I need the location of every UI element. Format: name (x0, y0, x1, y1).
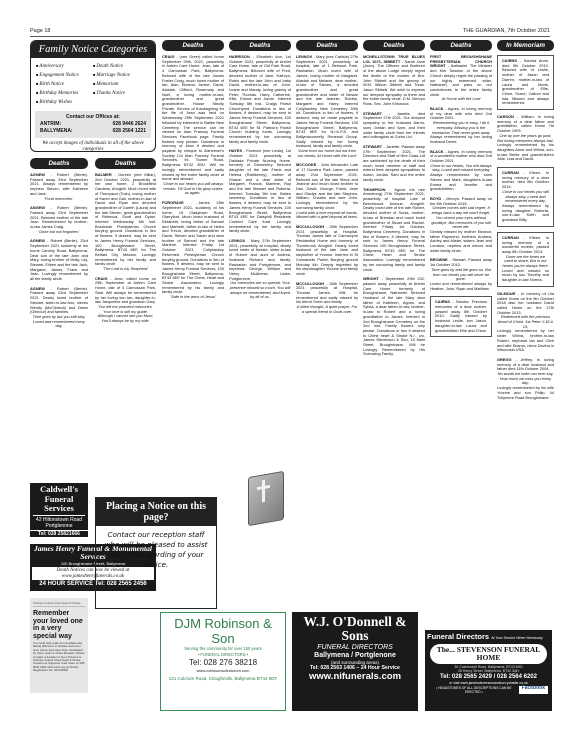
notice-text: - Elizabeth Ann, 1st October 2021, peace… (229, 54, 291, 144)
ad-caldwells-funeral[interactable]: Caldwell's Funeral Services 42 Hiltonsto… (30, 483, 88, 537)
notice-verse: Redeemed with the precious blood of Chri… (497, 315, 554, 329)
notice-text: - Robert (Bertie). Passed away 23rd Sept… (30, 286, 88, 315)
notice-text: - 28th September 2021 peacefully at Hosp… (296, 224, 358, 276)
column-5: Deaths LENNOX - Mary (nee Carlisle) 27th… (296, 40, 358, 600)
notice-verse: 'Close to our hearts you will always rem… (162, 182, 224, 196)
notice: CARSON - William. In loving memory of a … (497, 115, 554, 162)
notice: CAIRNS - Sandra Anne, died 5th October 2… (497, 55, 554, 110)
notice-text: - James 28th September 2021, suddenly at… (162, 200, 224, 294)
notice: CRAIG - Jean, called home on 29th Septem… (95, 277, 156, 324)
notice: GREGG - Jeffrey. In loving memory of a d… (497, 358, 554, 400)
notice: ANGEW - Robert (Bertie). Passed away 23r… (30, 206, 88, 234)
notice-text: - Mary, 27th September 2021, peacefully … (229, 238, 291, 281)
category-item: Death Notice (93, 62, 150, 71)
notice-verse: 'Gone but not forgotten.' (30, 230, 88, 235)
family-notice-categories: Family Notice Categories AnniversaryDeat… (30, 40, 156, 152)
section-deaths: Deaths (430, 40, 492, 51)
column-4: Deaths HARRISON - Elizabeth Ann, 1st Oct… (229, 40, 291, 490)
notice: FORGRAVE - James 28th September 2021, su… (162, 201, 224, 300)
category-item: Birthday Memories (36, 89, 93, 98)
contact-offices: Contact our Offices at: ANTRIM:028 9446 … (35, 111, 151, 138)
column-3: Deaths CRAIG - (nee Greer) called home S… (162, 40, 224, 490)
notice-verse: You left me peaceful memories, Your love… (95, 305, 156, 324)
categories-note: We accept images of individuals in all o… (31, 138, 155, 152)
notice: CURRAN - Eileen. In loving memory of a d… (497, 167, 554, 227)
page-number: Page 18 (30, 28, 51, 36)
categories-title: Family Notice Categories (31, 41, 155, 58)
section-deaths: Deaths (95, 158, 156, 169)
notice-text: - Doreen (nee Millar), 2nd October 2021,… (95, 172, 156, 266)
notice: AGNEW - Robert (Bertie), 23rd September … (30, 239, 88, 281)
section-deaths: Deaths (30, 158, 88, 169)
notice: CURRAN - Eileen. In loving memory of a w… (497, 232, 554, 287)
notice: FIRST BROUGHSHANE PRESBYTERIAN CHURCH WR… (430, 55, 492, 102)
notice-signoff: Greatly missed by mother Eleanor, father… (430, 229, 492, 253)
contact-title: Contact our Offices at: (40, 114, 146, 121)
notice: BALMER - Doreen (nee Millar), 2nd Octobe… (95, 173, 156, 272)
section-deaths: Deaths (363, 40, 425, 51)
notice: HARRISON - Elizabeth Ann, 1st October 20… (229, 55, 291, 144)
bible-icon (238, 470, 286, 525)
notice: MCNEILLSTOWN TRUE BLUES LOL 1071. SIBBET… (363, 55, 425, 107)
notice-signoff: Loved and remembered always by Heather, … (430, 281, 492, 291)
notice-verse: 'The Lord is my Shepherd' (95, 267, 156, 272)
ad-wj-odonnell[interactable]: W.J. O'Donnell & Sons FUNERAL DIRECTORS … (292, 612, 418, 711)
notice-signoff: Lovingly remembered by his daughters Ann… (497, 142, 554, 161)
office-antrim: ANTRIM:028 9446 2624 (40, 121, 146, 128)
notice-verse: Close to our hearts you will always stay… (502, 190, 549, 204)
column-8: In Memoriam CAIRNS - Sandra Anne, died 5… (497, 40, 554, 625)
notice: BLACK - Agnes, In loving memory of a won… (430, 150, 492, 192)
notice-verse: October comes with sad regret, It brings… (430, 206, 492, 230)
notice-verse: Remembering you is easy, I do it everyda… (430, 121, 492, 135)
notice-text: - John Alexander. Late of 17 Dunelra Par… (296, 162, 358, 209)
page-header: Page 18 THE GUARDIAN, 7th October 2021 (30, 28, 550, 37)
section-deaths: Deaths (162, 40, 224, 51)
notice-signoff: Always remembered by sons Steven and Mar… (430, 172, 492, 191)
notice: BROWNE - Stewart. Passed away 1st Octobe… (430, 258, 492, 291)
ad-placing-notice: Placing a Notice on this page? Contact o… (95, 497, 217, 609)
notice-verse: 'Fond memories'. (30, 197, 88, 202)
category-item: Memoriam (93, 80, 150, 89)
notice: STEWART - Janette, died September 27th 2… (363, 112, 425, 140)
notice: MCCOOKE - John Alexander. Late of 17 Dun… (296, 163, 358, 219)
office-ballymena: BALLYMENA:028 2564 1221 (40, 128, 146, 135)
notice-verse: No words we write can ever say, How much… (497, 372, 554, 386)
notice: CRAIG - (nee Greer) called home Septembe… (162, 55, 224, 196)
column-6: Deaths MCNEILLSTOWN TRUE BLUES LOL 1071.… (363, 40, 425, 605)
notice-signoff: Always remembered by loving daughter Rob… (502, 203, 549, 222)
notice-text: - Janette. Passed away 27th September 20… (363, 144, 425, 182)
section-in-memoriam: In Memoriam (497, 40, 554, 51)
ad-stevenson-funeral-home[interactable]: Funeral Directors At Your Service When N… (425, 630, 552, 711)
notice: BLACK - Agnes, In loving memory of my de… (430, 107, 492, 145)
notice-verse: 'Safe in the arms of Jesus' (162, 295, 224, 300)
notice: LENNOX - Mary (nee Carlisle) 27th Septem… (296, 55, 358, 158)
column-1: Deaths AGNEW - Robert (Bertie). Passed a… (30, 158, 88, 478)
notice: MCCULLOUGH - 28th September 2021 peacefu… (296, 225, 358, 277)
notice-verse: 'Gone from our home but not from our hea… (296, 149, 358, 158)
facebook-icon[interactable]: Facebook (519, 686, 548, 694)
category-item: Engagement Notice (36, 71, 93, 80)
notice: BOYD - Mervyn. Passed away on the 8th Oc… (430, 197, 492, 253)
notice-text: - September 29th 202, passed away peacef… (363, 276, 425, 356)
section-deaths: Deaths (229, 40, 291, 51)
notice-text: - Agnes Iris nee Armstrong) 27th Septemb… (363, 187, 425, 272)
notice-text: - Mary (nee Carlisle) 27th September 202… (296, 54, 358, 148)
notice: HAYES - Florence (nee Lewis), 1st Octobe… (229, 149, 291, 234)
notice-text: - Janette, died September 27th 2021. Our… (363, 111, 425, 140)
notice: LENNOX - Mary, 27th September 2021, peac… (229, 239, 291, 300)
notice-signoff: Lovingly remembered by his wife Yvonne a… (497, 385, 554, 399)
category-item: Thanks Notice (93, 89, 150, 98)
notice: STEWART - Janette. Passed away 27th Sept… (363, 145, 425, 183)
ad-nichs[interactable]: Northern Ireland Chest Heart & Stroke Re… (30, 598, 88, 693)
ad-djm-robinson[interactable]: DJM Robinson & Son Serving the community… (160, 612, 286, 711)
notice: MCCULLOUGH - 28th September 2021 peacefu… (296, 282, 358, 315)
notice: GILMOUR - In memory of Lila called Home … (497, 292, 554, 353)
notice: CAIRNS - Sandra. Precious memories of a … (430, 296, 492, 337)
notice-text: - Sandra Anne, died 5th October 2010. Be… (502, 58, 549, 105)
notice-text: - Nathaniel. The Minister and Kirk Sessi… (430, 63, 492, 96)
notice-verse: Gone are the times we used to share, But… (502, 255, 549, 269)
notice: AGNEW - Robert (Bertie). Passed away 23r… (30, 287, 88, 329)
masthead-date: THE GUARDIAN, 7th October 2021 (463, 28, 550, 36)
notice-verse: At Home with the Lord (430, 97, 492, 102)
notice-verse: Loved with a love beyond all words, Miss… (296, 211, 358, 220)
notice-signoff: Lovingly remembered by her sister Wilma,… (497, 328, 554, 352)
category-item: Birth Notice (36, 80, 93, 89)
category-item: Marriage Notice (93, 71, 150, 80)
notice-text: - Florence (nee Lewis), 1st October 2021… (229, 148, 291, 233)
notice-text: - Sandra. Precious memories of a dear mo… (435, 299, 487, 332)
notice-text: - Sarah Jane (Jean). The Officers and Br… (363, 59, 425, 106)
notice-verse: Our memories are so special, Your presen… (229, 281, 291, 300)
notice-signoff: Always remembered by her loving husband … (430, 134, 492, 144)
category-item: Anniversary (36, 62, 93, 71)
notice: THOMPSON - Agnes Iris nee Armstrong) 27t… (363, 188, 425, 273)
notice-verse: A silent thought, A quiet prayer. For a … (296, 305, 358, 314)
notice-signoff: Loved and missed so much by son Timothy … (502, 268, 549, 282)
categories-list: AnniversaryDeath NoticeEngagement Notice… (31, 58, 155, 111)
notice-text: - Robert (Bertie), 23rd September 2021 s… (30, 238, 88, 281)
section-deaths: Deaths (296, 40, 358, 51)
notice-verse: Time goes by but you still stay. Loved a… (30, 315, 88, 329)
notice-verse: Time goes by and life goes on, But from … (430, 268, 492, 282)
category-item: Birthday Wishes (36, 98, 93, 107)
notice: AGNEW - Robert (Bertie). Passed away 23r… (30, 173, 88, 201)
notice: WRIGHT - September 29th 202, passed away… (363, 277, 425, 357)
column-7: Deaths FIRST BROUGHSHANE PRESBYTERIAN CH… (430, 40, 492, 625)
notice-text: - (nee Greer) called home September 29th… (162, 54, 224, 181)
notice-text: - Jean, called home on 29th September at… (95, 276, 156, 305)
column-2: Deaths BALMER - Doreen (nee Millar), 2nd… (95, 158, 156, 493)
